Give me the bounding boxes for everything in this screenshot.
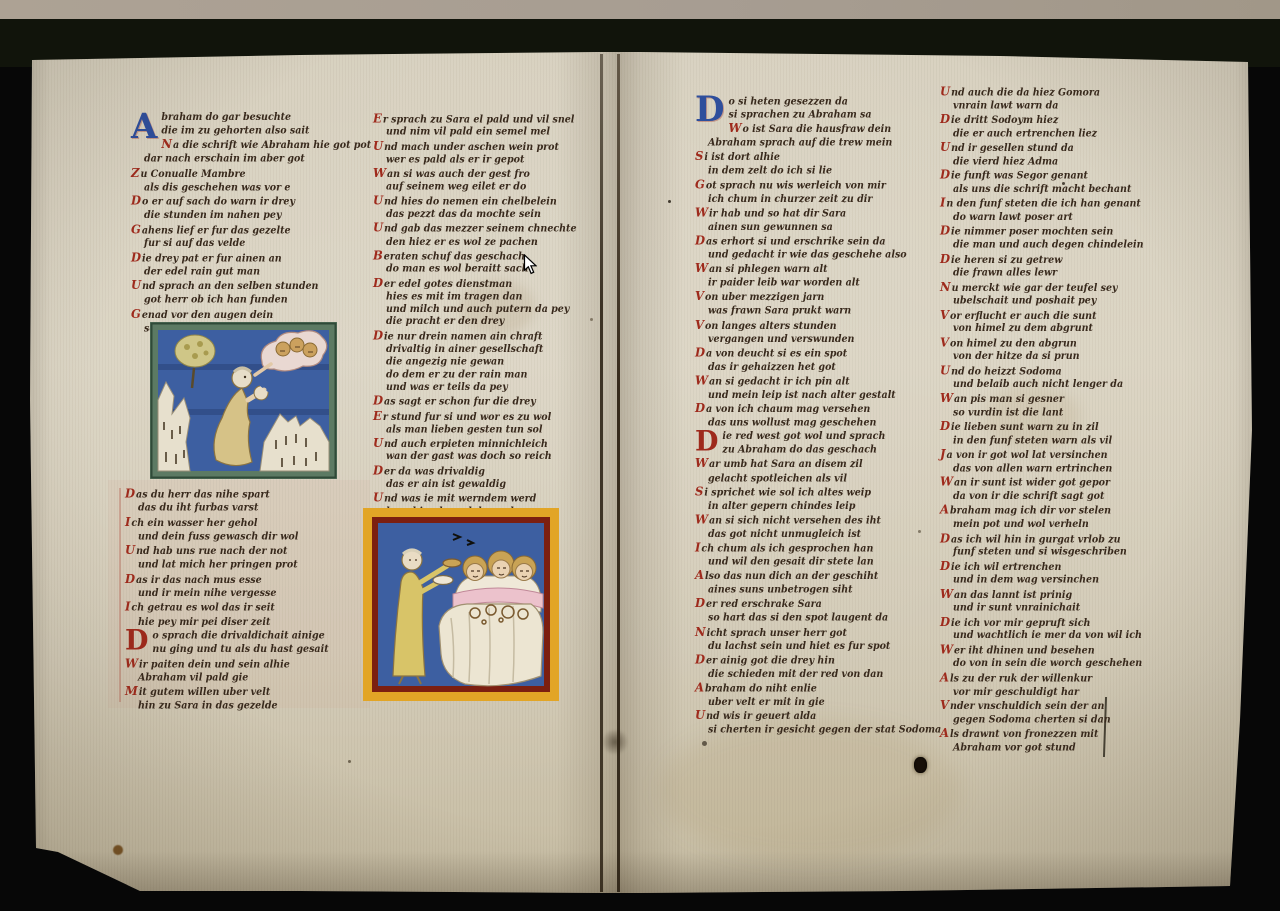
rubricated-initial: G — [131, 222, 141, 236]
rubricated-initial: D — [373, 463, 383, 477]
verse-line: die vierd hiez Adma — [940, 156, 1190, 169]
left-page-column2-text: Er sprach zu Sara el pald und vil snelun… — [373, 112, 611, 546]
verse-line: Und ir gesellen stund da — [940, 141, 1190, 156]
rubricated-initial: I — [125, 600, 130, 614]
rubricated-initial: E — [373, 111, 382, 125]
verse-line: wer es pald als er ir gepot — [373, 154, 611, 167]
rubricated-initial: W — [373, 166, 386, 180]
verse-line: nu ging und tu als du hast gesait — [125, 643, 365, 657]
verse-line: Und hab uns rue nach der not — [125, 544, 365, 559]
rubricated-initial: V — [940, 335, 949, 349]
left-page-column1-upper-text: Abraham do gar besuchtedie im zu gehorte… — [131, 112, 367, 336]
verse-line: wan der gast was doch so reich — [373, 451, 611, 464]
verse-line: Si sprichet wie sol ich altes weip — [695, 485, 947, 500]
verse-line: Beraten schuf das geschach — [373, 249, 611, 264]
verse-line: Abraham vor got stund — [940, 742, 1190, 755]
verse-line: ich chum in churzer zeit zu dir — [695, 192, 947, 205]
rubricated-initial: I — [695, 540, 700, 554]
verse-line: was frawn Sara prukt warn — [695, 305, 947, 318]
verse-line: von himel zu dem abgrunt — [940, 323, 1190, 336]
verse-line: auf seinem weg eilet er do — [373, 182, 611, 195]
verse-line: in alter gepern chindes leip — [695, 500, 947, 513]
rubricated-initial: U — [695, 708, 705, 722]
verse-line: Und do heizzt Sodoma — [940, 364, 1190, 379]
verse-line: Abraham vil pald gie — [125, 671, 365, 685]
verse-line: und lat mich her pringen prot — [125, 559, 365, 573]
miniature-abraham-trinity-art — [150, 322, 337, 479]
rubricated-initial: W — [695, 373, 708, 387]
parchment-specks — [668, 200, 671, 203]
rubricated-initial: W — [940, 391, 953, 405]
verse-line: Der ainig got die drey hin — [695, 653, 947, 668]
verse-line: Ja von ir got wol lat versinchen — [940, 448, 1190, 463]
verse-line: Die funft was Segor genant — [940, 169, 1190, 184]
verse-line: in dem zelt do ich si lie — [695, 164, 947, 177]
parchment-stain — [660, 720, 960, 860]
verse-line: ir paider leib war worden alt — [695, 277, 947, 290]
verse-line: do dem er zu der rain man — [373, 369, 611, 382]
rubricated-initial: Z — [131, 165, 139, 179]
rubricated-initial: I — [940, 196, 945, 210]
verse-line: ubelschait und poshait pey — [940, 295, 1190, 308]
verse-line: da von ir die schrift sagt got — [940, 491, 1190, 504]
rubricated-initial: U — [373, 436, 383, 450]
verse-line: Die lieben sunt warn zu in zil — [940, 420, 1190, 435]
verse-line: ainen sun gewunnen sa — [695, 220, 947, 233]
verse-line: Vnder vnschuldich sein der an — [940, 699, 1190, 714]
verse-line: Genad vor den augen dein — [131, 308, 367, 323]
rubricated-initial: U — [940, 363, 950, 377]
verse-line: Und auch die da hiez Gomora — [940, 85, 1190, 100]
verse-line: Der da was drivaldig — [373, 464, 611, 479]
verse-line: Die ich vor mir gepruft sich — [940, 615, 1190, 630]
verse-line: Also das nun dich an der geschiht — [695, 569, 947, 584]
rubricated-initial: A — [940, 726, 949, 740]
verse-line: und dein fuss gewasch dir wol — [125, 530, 365, 544]
rubricated-initial: U — [940, 140, 950, 154]
verse-line: das pezzt das da mochte sein — [373, 209, 611, 222]
verse-line: Die nimmer poser mochten sein — [940, 225, 1190, 240]
illuminated-initial-blue: D — [695, 96, 724, 124]
verse-line: und wil den gesait dir stete lan — [695, 556, 947, 569]
rubricated-initial: G — [695, 177, 705, 191]
rubricated-initial: U — [131, 278, 141, 292]
miniature-abraham-trinity — [150, 322, 337, 479]
verse-line: aines suns unbetrogen siht — [695, 584, 947, 597]
verse-line: si cherten ir gesicht gegen der stat Sod… — [695, 724, 947, 737]
miniature-abraham-serving — [363, 508, 559, 701]
verse-line: gegen Sodoma cherten si dan — [940, 714, 1190, 727]
verse-line: Do sprach die drivaldichait ainige — [125, 629, 365, 643]
rubricated-initial: D — [695, 233, 705, 247]
rubricated-initial: I — [125, 514, 130, 528]
verse-line: Abraham do gar besuchte — [131, 112, 367, 125]
verse-line: und mein leip ist nach alter gestalt — [695, 389, 947, 402]
verse-line: und milch und auch putern da pey — [373, 304, 611, 317]
verse-line: so vurdin ist die lant — [940, 407, 1190, 420]
verse-line: Die heren si zu getrew — [940, 252, 1190, 267]
verse-line: die er auch ertrenchen liez — [940, 128, 1190, 141]
rubricated-initial: W — [695, 261, 708, 275]
verse-line: Die dritt Sodoym hiez — [940, 113, 1190, 128]
verse-line: vergangen und verswunden — [695, 333, 947, 346]
verse-line: Als zu der ruk der willenkur — [940, 671, 1190, 686]
red-ruling-line — [119, 488, 121, 702]
rubricated-initial: D — [695, 596, 705, 610]
verse-line: Da von ich chaum mag versehen — [695, 402, 947, 417]
verse-line: so hart das si den spot laugent da — [695, 612, 947, 625]
verse-line: Der edel gotes dienstman — [373, 276, 611, 291]
rubricated-initial: U — [373, 138, 383, 152]
verse-line: Und gab das mezzer seinem chnechte — [373, 222, 611, 237]
verse-line: hies es mit im tragen dan — [373, 291, 611, 304]
rubricated-initial: U — [373, 221, 383, 235]
verse-line: Die red west got wol und sprach — [695, 430, 947, 443]
background-wall-strip — [0, 0, 1280, 19]
verse-line: do warn lawt poser art — [940, 212, 1190, 225]
rubricated-initial: D — [695, 652, 705, 666]
verse-line: als man lieben gesten tun sol — [373, 424, 611, 437]
verse-line: die frawn alles lewr — [940, 267, 1190, 280]
verse-line: mein pot und wol verheln — [940, 519, 1190, 532]
verse-line: Das erhort si und erschrike sein da — [695, 234, 947, 249]
verse-line: Von uber mezzigen jarn — [695, 290, 947, 305]
rubricated-initial: D — [373, 393, 383, 407]
rubricated-initial: D — [125, 571, 135, 585]
verse-line: Der red erschrake Sara — [695, 597, 947, 612]
left-page-column1-lower-text: Das du herr das nihe spartdas du iht fur… — [125, 487, 365, 713]
verse-line: Wo ist Sara die hausfraw dein — [695, 122, 947, 137]
verse-line: Und wis ir geuert alda — [695, 709, 947, 724]
rubricated-initial: S — [695, 149, 703, 163]
verse-line: Abraham mag ich dir vor stelen — [940, 504, 1190, 519]
verse-line: Nu merckt wie gar der teufel sey — [940, 280, 1190, 295]
verse-line: In den funf steten die ich han genant — [940, 197, 1190, 212]
verse-line: die pracht er den drey — [373, 316, 611, 329]
screenshot-root: 49 Abraham do gar besuchtedie im zu geho… — [0, 0, 1280, 911]
verse-line: und belaib auch nicht lenger da — [940, 379, 1190, 392]
verse-line: das du iht furbas varst — [125, 502, 365, 516]
verse-line: Na die schrift wie Abraham hie got pot — [131, 138, 367, 153]
verse-line: hin zu Sara in das gezelde — [125, 700, 365, 714]
rubricated-initial: N — [695, 624, 706, 638]
rubricated-initial: D — [940, 168, 950, 182]
verse-line: Von himel zu den abgrun — [940, 336, 1190, 351]
rubricated-initial: W — [940, 586, 953, 600]
verse-line: Do si heten gesezzen da — [695, 95, 947, 108]
rubricated-initial: D — [940, 224, 950, 238]
verse-line: Zu Conualle Mambre — [131, 166, 367, 181]
verse-line: funf steten und si wisgeschriben — [940, 546, 1190, 559]
verse-line: Wan das lannt ist prinig — [940, 587, 1190, 602]
verse-line: fur si auf das velde — [131, 238, 367, 251]
verse-line: und nim vil pald ein semel mel — [373, 127, 611, 140]
parchment-spot — [113, 845, 123, 855]
rubricated-initial: U — [940, 84, 950, 98]
rubricated-initial: J — [940, 447, 945, 461]
rubricated-initial: A — [695, 568, 704, 582]
illuminated-initial-red: D — [695, 431, 718, 454]
rubricated-initial: V — [940, 307, 949, 321]
right-page-column2-text: Und auch die da hiez Gomoravnrain lawt w… — [940, 85, 1190, 755]
verse-line: Abraham do niht enlie — [695, 681, 947, 696]
verse-line: Got sprach nu wis werleich von mir — [695, 178, 947, 193]
rubricated-initial: U — [125, 543, 135, 557]
rubricated-initial: D — [125, 486, 135, 500]
verse-line: und was er teils da pey — [373, 382, 611, 395]
rubricated-initial: D — [940, 251, 950, 265]
parchment-smudge — [600, 730, 630, 754]
verse-line: Er sprach zu Sara el pald und vil snel — [373, 112, 611, 127]
verse-line: den hiez er es wol ze pachen — [373, 236, 611, 249]
verse-line: die schieden mit der red von dan — [695, 668, 947, 681]
verse-line: Wan ir sunt ist wider got gepor — [940, 476, 1190, 491]
verse-line: Als drawnt von fronezzen mit — [940, 727, 1190, 742]
gutter-fold-line — [617, 54, 620, 892]
verse-line: drivaltig in ainer gesellschaft — [373, 344, 611, 357]
rubricated-initial: E — [373, 408, 382, 422]
verse-line: die man und auch degen chindelein — [940, 240, 1190, 253]
rubricated-initial: D — [695, 345, 705, 359]
verse-line: Er stund fur si und wor es zu wol — [373, 409, 611, 424]
verse-line: Und sprach an den selben stunden — [131, 279, 367, 294]
rubricated-initial: U — [373, 193, 383, 207]
verse-line: und wachtlich ie mer da von wil ich — [940, 630, 1190, 643]
verse-line: das uns wollust mag geschehen — [695, 417, 947, 430]
miniature-abraham-serving-art — [363, 508, 559, 701]
rubricated-initial: D — [373, 328, 383, 342]
verse-line: Da von deucht si es ein spot — [695, 346, 947, 361]
rubricated-initial: A — [695, 680, 704, 694]
rubricated-initial: W — [695, 512, 708, 526]
verse-line: Vor erflucht er auch die sunt — [940, 308, 1190, 323]
verse-line: von der hitze da si prun — [940, 351, 1190, 364]
right-page-column1-text: Do si heten gesezzen dasi sprachen zu Ab… — [695, 95, 947, 737]
rubricated-initial: A — [940, 503, 949, 517]
verse-line: Ich getrau es wol das ir seit — [125, 601, 365, 616]
rubricated-initial: D — [373, 275, 383, 289]
verse-line: Si ist dort alhie — [695, 150, 947, 165]
verse-line: Wir hab und so hat dir Sara — [695, 206, 947, 221]
verse-line: do man es wol beraitt sach — [373, 264, 611, 277]
verse-line: Abraham sprach auf die trew mein — [695, 136, 947, 149]
rubricated-initial: M — [125, 684, 138, 698]
verse-line: vnrain lawt warn da — [940, 100, 1190, 113]
verse-line: Wer iht dhinen und besehen — [940, 643, 1190, 658]
verse-line: Das du herr das nihe spart — [125, 487, 365, 502]
verse-line: das got nicht unmugleich ist — [695, 528, 947, 541]
verse-line: die stunden im nahen pey — [131, 210, 367, 223]
verse-line: zu Abraham do das geschach — [695, 443, 947, 456]
rubricated-initial: D — [940, 419, 950, 433]
rubricated-initial: V — [940, 698, 949, 712]
verse-line: in den funf steten warn als vil — [940, 435, 1190, 448]
rubricated-initial: D — [695, 401, 705, 415]
verse-line: dar nach erschain im aber got — [131, 153, 367, 166]
rubricated-initial: W — [695, 456, 708, 470]
verse-line: Die nur drein namen ain chraft — [373, 329, 611, 344]
verse-line: der edel rain gut man — [131, 266, 367, 279]
verse-line: Das ir das nach mus esse — [125, 572, 365, 587]
verse-line: uber velt er mit in gie — [695, 696, 947, 709]
verse-line: Wan si was auch der gest fro — [373, 167, 611, 182]
verse-line: Wan pis man si gesner — [940, 392, 1190, 407]
rubricated-initial: D — [940, 112, 950, 126]
rubricated-initial: V — [695, 289, 704, 303]
verse-line: War umb hat Sara an disem zil — [695, 457, 947, 472]
verse-line: Do er auf sach do warn ir drey — [131, 195, 367, 210]
verse-line: Und auch erpieten minnichleich — [373, 437, 611, 452]
verse-line: got herr ob ich han funden — [131, 294, 367, 307]
verse-line: Gahens lief er fur das gezelte — [131, 223, 367, 238]
verse-line: und ir sunt vnrainichait — [940, 602, 1190, 615]
rubricated-initial: G — [131, 307, 141, 321]
rubricated-initial: D — [131, 250, 141, 264]
verse-line: das er ain ist gewaldig — [373, 479, 611, 492]
illuminated-initial-blue: A — [131, 113, 157, 141]
rubricated-initial: N — [161, 137, 172, 151]
rubricated-initial: S — [695, 484, 703, 498]
rubricated-initial: U — [373, 490, 383, 504]
verse-line: die angezig nie gewan — [373, 356, 611, 369]
verse-line: Wan si sich nicht versehen des iht — [695, 513, 947, 528]
rubricated-initial: W — [125, 655, 138, 669]
rubricated-initial: V — [695, 317, 704, 331]
rubricated-initial: D — [940, 558, 950, 572]
verse-line: Das sagt er schon fur die drey — [373, 394, 611, 409]
verse-line: Das ich wil hin in gurgat vrlob zu — [940, 532, 1190, 547]
verse-line: Und was ie mit werndem werd — [373, 491, 611, 506]
verse-line: Wir paiten dein und sein alhie — [125, 656, 365, 671]
verse-line: und ir mein nihe vergesse — [125, 587, 365, 601]
verse-line: Wan si phlegen warn alt — [695, 262, 947, 277]
rubricated-initial: W — [940, 642, 953, 656]
verse-line: Wan si gedacht ir ich pin alt — [695, 374, 947, 389]
rubricated-initial: D — [131, 194, 141, 208]
verse-line: Ich chum als ich gesprochen han — [695, 541, 947, 556]
rubricated-initial: W — [728, 121, 741, 135]
verse-line: Mit gutem willen uber velt — [125, 685, 365, 700]
verse-line: das ir gehaizzen het got — [695, 361, 947, 374]
rubricated-initial: D — [940, 530, 950, 544]
illuminated-initial-red: D — [125, 630, 148, 653]
rubricated-initial: B — [373, 248, 383, 262]
verse-line: als uns die schrift macht bechant — [940, 184, 1190, 197]
verse-line: du lachst sein und hiet es fur spot — [695, 640, 947, 653]
verse-line: Die drey pat er fur ainen an — [131, 251, 367, 266]
verse-line: hie pey mir pei diser zeit — [125, 615, 365, 629]
rubricated-initial: W — [940, 475, 953, 489]
verse-line: si sprachen zu Abraham sa — [695, 108, 947, 121]
rubricated-initial: D — [940, 614, 950, 628]
verse-line: gelacht spotleichen als vil — [695, 471, 947, 484]
verse-line: das von allen warn ertrinchen — [940, 463, 1190, 476]
verse-line: und gedacht ir wie das geschehe also — [695, 249, 947, 262]
rubricated-initial: N — [940, 279, 951, 293]
rubricated-initial: A — [940, 670, 949, 684]
verse-line: Nicht sprach unser herr got — [695, 625, 947, 640]
rubricated-initial: W — [695, 205, 708, 219]
manuscript-photo: 49 Abraham do gar besuchtedie im zu geho… — [0, 0, 1280, 911]
verse-line: Und hies do nemen ein chelbelein — [373, 194, 611, 209]
verse-line: als dis geschehen was vor e — [131, 182, 367, 195]
parchment-hole — [914, 757, 927, 773]
verse-line: Ich ein wasser her gehol — [125, 515, 365, 530]
verse-line: Und mach under aschen wein prot — [373, 139, 611, 154]
verse-line: vor mir geschuldigt har — [940, 686, 1190, 699]
verse-line: do von in sein die worch geschehen — [940, 658, 1190, 671]
verse-line: und in dem wag versinchen — [940, 574, 1190, 587]
verse-line: Von langes alters stunden — [695, 318, 947, 333]
verse-line: Die ich wil ertrenchen — [940, 559, 1190, 574]
